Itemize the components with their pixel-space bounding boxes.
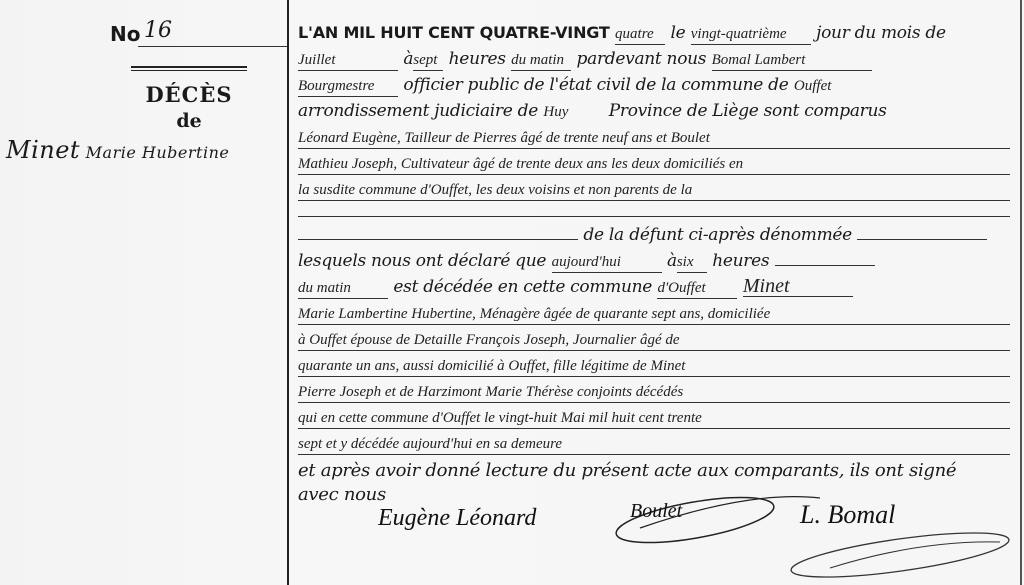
body-line: L'AN MIL HUIT CENT QUATRE-VINGT quatre l…: [298, 20, 1014, 46]
handwritten-field: six: [677, 252, 707, 273]
deceased-name: Minet Marie Hubertine: [6, 136, 286, 164]
handwritten-field: aujourd'hui: [552, 252, 662, 273]
printed-text: Province de Liège sont comparus: [609, 101, 887, 121]
handwritten-field: Huy: [543, 99, 603, 125]
handwritten-field: Léonard Eugène, Tailleur de Pierres âgé …: [298, 128, 1010, 149]
printed-text: défunt ci-après dénommée: [629, 225, 852, 245]
handwritten-field: vingt-quatrième: [691, 24, 811, 45]
page-edge: [1020, 0, 1022, 585]
handwritten-field: Pierre Joseph et de Harzimont Marie Thér…: [298, 382, 1010, 403]
printed-text: jour du mois de: [816, 23, 946, 43]
handwritten-field: Mathieu Joseph, Cultivateur âgé de trent…: [298, 154, 1010, 175]
printed-text: heures: [712, 251, 769, 271]
handwritten-field: sept: [413, 50, 443, 71]
printed-text: arrondissement judiciaire de: [298, 101, 538, 121]
body-line: arrondissement judiciaire de Huy Provinc…: [298, 98, 1014, 124]
record-type-preposition: de: [131, 110, 247, 132]
number-label: No: [110, 22, 140, 46]
handwritten-field: Ouffet: [794, 78, 832, 94]
handwritten-field: Juillet: [298, 50, 398, 71]
body-line: Léonard Eugène, Tailleur de Pierres âgé …: [298, 124, 1014, 150]
blank-rule: [298, 216, 1010, 217]
blank-field: [298, 239, 578, 240]
printed-text: est décédée en cette commune: [393, 277, 652, 297]
closing-text: avec nous: [298, 484, 386, 505]
printed-text: de la: [583, 225, 623, 245]
body-line: qui en cette commune d'Ouffet le vingt-h…: [298, 404, 1014, 430]
handwritten-field: Minet: [743, 276, 853, 297]
blank-field: [857, 239, 987, 240]
handwritten-field: sept et y décédée aujourd'hui en sa deme…: [298, 434, 1010, 455]
margin-column: No 16 DÉCÈS de Minet Marie Hubertine: [0, 0, 287, 585]
handwritten-field: Marie Lambertine Hubertine, Ménagère âgé…: [298, 304, 1010, 325]
body-line: de la défunt ci-après dénommée: [298, 222, 1014, 248]
body-line: du matin est décédée en cette commune d'…: [298, 274, 1014, 300]
printed-text: pardevant nous: [577, 49, 707, 69]
body-line: sept et y décédée aujourd'hui en sa deme…: [298, 430, 1014, 456]
printed-text: à: [667, 251, 677, 271]
record-type-title: DÉCÈS: [131, 82, 247, 107]
handwritten-field: quarante un ans, aussi domicilié à Ouffe…: [298, 356, 1010, 377]
number-underline: [138, 46, 288, 47]
number-value: 16: [144, 18, 172, 43]
handwritten-field: Bomal Lambert: [712, 50, 872, 71]
handwritten-field: à Ouffet épouse de Detaille François Jos…: [298, 330, 1010, 351]
civil-record-page: No 16 DÉCÈS de Minet Marie Hubertine L'A…: [0, 0, 1024, 585]
signature-officer: L. Bomal: [800, 500, 895, 530]
deceased-surname: Minet: [6, 136, 80, 164]
column-divider: [287, 0, 289, 585]
body-line: Marie Lambertine Hubertine, Ménagère âgé…: [298, 300, 1014, 326]
printed-text: heures: [449, 49, 506, 69]
body-line: Juillet àsept heures du matin pardevant …: [298, 46, 1014, 72]
body-line: Mathieu Joseph, Cultivateur âgé de trent…: [298, 150, 1014, 176]
printed-text: le: [670, 23, 685, 43]
handwritten-field: Bourgmestre: [298, 76, 398, 97]
signature-witness-1: Eugène Léonard: [378, 505, 536, 532]
body-line: Bourgmestre officier public de l'état ci…: [298, 72, 1014, 98]
body-line: quarante un ans, aussi domicilié à Ouffe…: [298, 352, 1014, 378]
handwritten-field: du matin: [511, 50, 571, 71]
title-rule: [131, 66, 247, 71]
handwritten-field: d'Ouffet: [657, 278, 737, 299]
body-line: la susdite commune d'Ouffet, les deux vo…: [298, 176, 1014, 202]
blank-field: [775, 265, 875, 266]
printed-text: lesquels nous ont déclaré que: [298, 251, 546, 271]
body-line: lesquels nous ont déclaré que aujourd'hu…: [298, 248, 1014, 274]
printed-header: L'AN MIL HUIT CENT QUATRE-VINGT: [298, 23, 610, 42]
handwritten-field: qui en cette commune d'Ouffet le vingt-h…: [298, 408, 1010, 429]
handwritten-field: quatre: [615, 24, 665, 45]
body-line: Pierre Joseph et de Harzimont Marie Thér…: [298, 378, 1014, 404]
deceased-given-names: Marie Hubertine: [86, 143, 230, 162]
body-line: à Ouffet épouse de Detaille François Jos…: [298, 326, 1014, 352]
printed-text: officier public de l'état civil de la co…: [403, 75, 788, 95]
handwritten-field: du matin: [298, 278, 388, 299]
printed-text: à: [403, 49, 413, 69]
record-number: No 16: [110, 22, 288, 46]
handwritten-field: la susdite commune d'Ouffet, les deux vo…: [298, 180, 1010, 201]
signature-witness-2: Boulet: [630, 500, 682, 523]
